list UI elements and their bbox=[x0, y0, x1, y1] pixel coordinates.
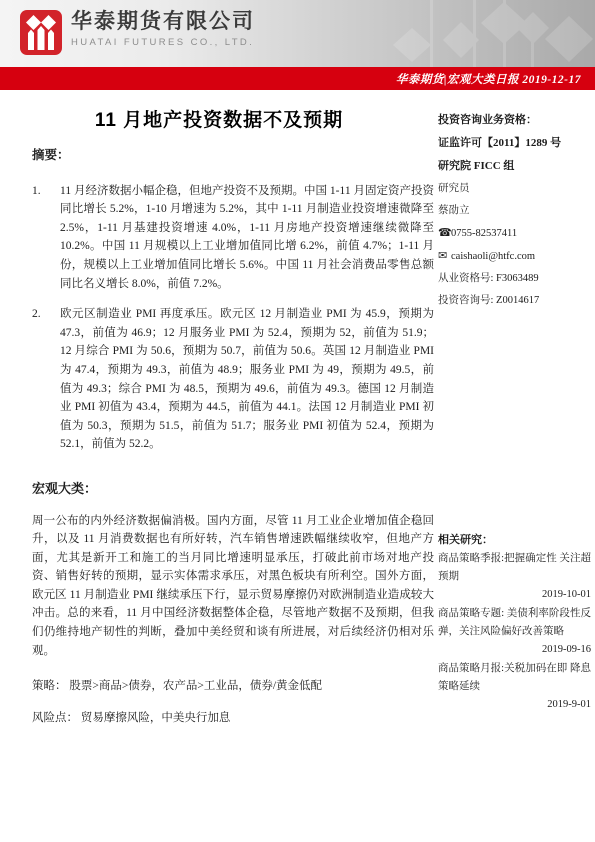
qualification-title: 投资咨询业务资格： bbox=[438, 113, 591, 127]
related-item-title: 商品策略季报:把握确定性 关注超预期 bbox=[438, 550, 591, 586]
report-header: 华泰期货有限公司 HUATAI FUTURES CO., LTD. bbox=[0, 0, 595, 67]
macro-section-heading: 宏观大类： bbox=[32, 480, 434, 499]
macro-body-paragraph: 周一公布的内外经济数据偏消极。国内方面，尽管 11 月工业企业增加值企稳回升，以… bbox=[32, 512, 434, 661]
related-item-title: 商品策略专题: 美债利率阶段性反弹，关注风险偏好改善策略 bbox=[438, 605, 591, 641]
risk-text: 贸易摩擦风险，中美央行加息 bbox=[81, 712, 231, 724]
related-item-date: 2019-10-01 bbox=[438, 586, 591, 604]
related-research-item: 商品策略月报:关税加码在即 降息策略延续 2019-9-01 bbox=[438, 660, 591, 714]
risk-label: 风险点： bbox=[32, 712, 78, 724]
strategy-line: 策略： 股票>商品>债券，农产品>工业品，债券/黄金低配 bbox=[32, 677, 434, 696]
summary-item-number: 1. bbox=[32, 182, 60, 294]
strategy-label: 策略： bbox=[32, 680, 67, 692]
company-name-block: 华泰期货有限公司 HUATAI FUTURES CO., LTD. bbox=[71, 10, 255, 48]
related-item-date: 2019-09-16 bbox=[438, 641, 591, 659]
risk-line: 风险点： 贸易摩擦风险，中美央行加息 bbox=[32, 709, 434, 728]
phone-line: ☎0755-82537411 bbox=[438, 226, 591, 241]
email-line: ✉caishaoli@htfc.com bbox=[438, 249, 591, 264]
header-diamond-pattern-decoration bbox=[365, 0, 595, 67]
related-research-item: 商品策略季报:把握确定性 关注超预期 2019-10-01 bbox=[438, 550, 591, 604]
related-item-title: 商品策略月报:关税加码在即 降息策略延续 bbox=[438, 660, 591, 696]
analyst-name: 蔡劭立 bbox=[438, 204, 591, 218]
summary-item: 2. 欧元区制造业 PMI 再度承压。欧元区 12 月制造业 PMI 为 45.… bbox=[32, 305, 434, 454]
banner-title: 华泰期货|宏观大类日报 2019-12-17 bbox=[396, 71, 581, 87]
analyst-role: 研究员 bbox=[438, 182, 591, 196]
brand-lockup: 华泰期货有限公司 HUATAI FUTURES CO., LTD. bbox=[20, 10, 255, 55]
company-name-en: HUATAI FUTURES CO., LTD. bbox=[71, 37, 255, 48]
summary-item-text: 11 月经济数据小幅企稳，但地产投资不及预期。中国 1-11 月固定资产投资同比… bbox=[60, 182, 434, 294]
report-banner: 华泰期货|宏观大类日报 2019-12-17 bbox=[0, 67, 595, 90]
license-number: 证监许可【2011】1289 号 bbox=[438, 136, 591, 150]
related-research-section: 相关研究： 商品策略季报:把握确定性 关注超预期 2019-10-01 商品策略… bbox=[438, 531, 591, 715]
email-address: caishaoli@htfc.com bbox=[451, 251, 535, 262]
strategy-text: 股票>商品>债券，农产品>工业品，债券/黄金低配 bbox=[69, 680, 322, 692]
main-content: 摘要： 1. 11 月经济数据小幅企稳，但地产投资不及预期。中国 1-11 月固… bbox=[32, 146, 434, 740]
summary-heading: 摘要： bbox=[32, 146, 434, 165]
phone-icon: ☎ bbox=[438, 226, 451, 240]
huatai-logo-icon bbox=[20, 10, 62, 55]
email-icon: ✉ bbox=[438, 249, 451, 263]
summary-item-text: 欧元区制造业 PMI 再度承压。欧元区 12 月制造业 PMI 为 45.9，预… bbox=[60, 305, 434, 454]
info-sidebar: 投资咨询业务资格： 证监许可【2011】1289 号 研究院 FICC 组 研究… bbox=[438, 113, 591, 316]
report-title: 11 月地产投资数据不及预期 bbox=[18, 105, 420, 132]
related-research-item: 商品策略专题: 美债利率阶段性反弹，关注风险偏好改善策略 2019-09-16 bbox=[438, 605, 591, 659]
summary-item-number: 2. bbox=[32, 305, 60, 454]
summary-item: 1. 11 月经济数据小幅企稳，但地产投资不及预期。中国 1-11 月固定资产投… bbox=[32, 182, 434, 294]
practice-license-number: 从业资格号: F3063489 bbox=[438, 272, 591, 286]
related-research-heading: 相关研究： bbox=[438, 531, 591, 549]
research-team: 研究院 FICC 组 bbox=[438, 159, 591, 173]
phone-number: 0755-82537411 bbox=[451, 228, 517, 239]
company-name-cn: 华泰期货有限公司 bbox=[71, 10, 255, 34]
advisory-license-number: 投资咨询号: Z0014617 bbox=[438, 294, 591, 308]
related-item-date: 2019-9-01 bbox=[438, 696, 591, 714]
